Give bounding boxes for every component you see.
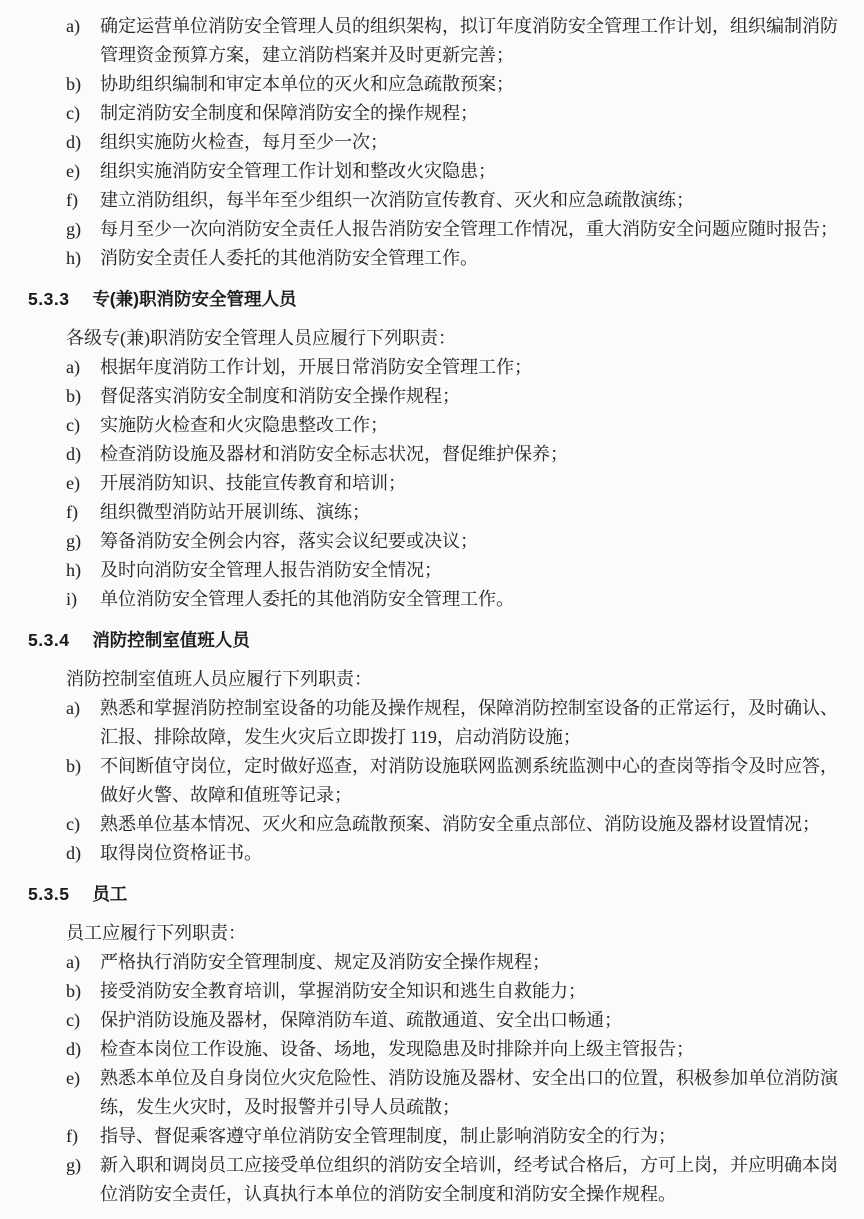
list-item: a) 严格执行消防安全管理制度、规定及消防安全操作规程；	[0, 948, 846, 977]
list-item: b) 接受消防安全教育培训，掌握消防安全知识和逃生自救能力；	[0, 977, 846, 1006]
list-item: f) 组织微型消防站开展训练、演练；	[0, 498, 846, 527]
clause-lead-paragraph: 消防控制室值班人员应履行下列职责：	[0, 665, 846, 694]
list-item: d) 取得岗位资格证书。	[0, 839, 846, 868]
list-item-marker: a)	[66, 948, 100, 977]
section-5-3-4: 5.3.4 消防控制室值班人员 消防控制室值班人员应履行下列职责： a) 熟悉和…	[0, 628, 846, 868]
list-item-text: 实施防火检查和火灾隐患整改工作；	[100, 411, 388, 440]
list-item: d) 检查本岗位工作设施、设备、场地，发现隐患及时排除并向上级主管报告；	[0, 1035, 846, 1064]
list-item: g) 每月至少一次向消防安全责任人报告消防安全管理工作情况，重大消防安全问题应随…	[0, 215, 846, 244]
list-item-text: 消防安全责任人委托的其他消防安全管理工作。	[100, 244, 478, 273]
list-item-text: 接受消防安全教育培训，掌握消防安全知识和逃生自救能力；	[100, 977, 586, 1006]
clause-title: 专(兼)职消防安全管理人员	[92, 289, 296, 309]
list-item: b) 督促落实消防安全制度和消防安全操作规程；	[0, 382, 846, 411]
list-item-marker: f)	[66, 1122, 100, 1151]
list-item-marker: a)	[66, 353, 100, 382]
list-item: c) 实施防火检查和火灾隐患整改工作；	[0, 411, 846, 440]
list-item-marker: e)	[66, 157, 100, 186]
list-item-text: 筹备消防安全例会内容，落实会议纪要或决议；	[100, 527, 478, 556]
list-item-text: 熟悉本单位及自身岗位火灾危险性、消防设施及器材、安全出口的位置，积极参加单位消防…	[100, 1064, 840, 1122]
list-item-text: 检查消防设施及器材和消防安全标志状况，督促维护保养；	[100, 440, 568, 469]
list-item: h) 消防安全责任人委托的其他消防安全管理工作。	[0, 244, 846, 273]
list-item: c) 熟悉单位基本情况、灭火和应急疏散预案、消防安全重点部位、消防设施及器材设置…	[0, 810, 846, 839]
list-item-marker: c)	[66, 810, 100, 839]
list-item-text: 组织实施消防安全管理工作计划和整改火灾隐患；	[100, 157, 496, 186]
duty-list: a) 根据年度消防工作计划，开展日常消防安全管理工作； b) 督促落实消防安全制…	[0, 353, 846, 614]
list-item: b) 不间断值守岗位，定时做好巡查，对消防设施联网监测系统监测中心的查岗等指令及…	[0, 752, 846, 810]
list-item-marker: d)	[66, 440, 100, 469]
list-item: e) 组织实施消防安全管理工作计划和整改火灾隐患；	[0, 157, 846, 186]
list-item-text: 取得岗位资格证书。	[100, 839, 262, 868]
list-item-text: 制定消防安全制度和保障消防安全的操作规程；	[100, 99, 478, 128]
clause-heading: 5.3.3 专(兼)职消防安全管理人员	[0, 287, 846, 312]
list-item-text: 检查本岗位工作设施、设备、场地，发现隐患及时排除并向上级主管报告；	[100, 1035, 694, 1064]
list-item-text: 协助组织编制和审定本单位的灭火和应急疏散预案；	[100, 70, 514, 99]
list-item: b) 协助组织编制和审定本单位的灭火和应急疏散预案；	[0, 70, 846, 99]
list-item: d) 组织实施防火检查，每月至少一次；	[0, 128, 846, 157]
list-item: c) 制定消防安全制度和保障消防安全的操作规程；	[0, 99, 846, 128]
list-item-marker: d)	[66, 839, 100, 868]
list-item: a) 确定运营单位消防安全管理人员的组织架构，拟订年度消防安全管理工作计划，组织…	[0, 12, 846, 70]
list-item: d) 检查消防设施及器材和消防安全标志状况，督促维护保养；	[0, 440, 846, 469]
list-item-marker: g)	[66, 1151, 100, 1209]
clause-title: 员工	[92, 884, 127, 904]
list-item-marker: c)	[66, 411, 100, 440]
list-item-text: 组织实施防火检查，每月至少一次；	[100, 128, 388, 157]
list-item-marker: b)	[66, 752, 100, 810]
list-item-marker: b)	[66, 977, 100, 1006]
list-item: g) 新入职和调岗员工应接受单位组织的消防安全培训，经考试合格后，方可上岗，并应…	[0, 1151, 846, 1209]
list-item-marker: d)	[66, 128, 100, 157]
list-item-text: 确定运营单位消防安全管理人员的组织架构，拟订年度消防安全管理工作计划，组织编制消…	[100, 12, 840, 70]
list-item-marker: c)	[66, 99, 100, 128]
list-item: a) 熟悉和掌握消防控制室设备的功能及操作规程，保障消防控制室设备的正常运行，及…	[0, 694, 846, 752]
list-item: f) 指导、督促乘客遵守单位消防安全管理制度，制止影响消防安全的行为；	[0, 1122, 846, 1151]
list-item-text: 每月至少一次向消防安全责任人报告消防安全管理工作情况，重大消防安全问题应随时报告…	[100, 215, 838, 244]
list-item: h) 及时向消防安全管理人报告消防安全情况；	[0, 556, 846, 585]
clause-lead-paragraph: 各级专(兼)职消防安全管理人员应履行下列职责：	[0, 324, 846, 353]
list-item-text: 不间断值守岗位，定时做好巡查，对消防设施联网监测系统监测中心的查岗等指令及时应答…	[100, 752, 840, 810]
list-item-text: 建立消防组织，每半年至少组织一次消防宣传教育、灭火和应急疏散演练；	[100, 186, 694, 215]
clause-heading: 5.3.5 员工	[0, 882, 846, 907]
list-item-marker: a)	[66, 12, 100, 70]
list-item-text: 及时向消防安全管理人报告消防安全情况；	[100, 556, 442, 585]
list-item: e) 熟悉本单位及自身岗位火灾危险性、消防设施及器材、安全出口的位置，积极参加单…	[0, 1064, 846, 1122]
section-5-3-5: 5.3.5 员工 员工应履行下列职责： a) 严格执行消防安全管理制度、规定及消…	[0, 882, 846, 1209]
list-item-marker: f)	[66, 186, 100, 215]
list-item-marker: g)	[66, 527, 100, 556]
list-item-text: 熟悉和掌握消防控制室设备的功能及操作规程，保障消防控制室设备的正常运行，及时确认…	[100, 694, 840, 752]
clause-number: 5.3.5	[28, 882, 69, 907]
list-item-marker: d)	[66, 1035, 100, 1064]
clause-number: 5.3.4	[28, 628, 69, 653]
duty-list: a) 严格执行消防安全管理制度、规定及消防安全操作规程； b) 接受消防安全教育…	[0, 948, 846, 1209]
list-item-text: 指导、督促乘客遵守单位消防安全管理制度，制止影响消防安全的行为；	[100, 1122, 676, 1151]
list-item-marker: e)	[66, 1064, 100, 1122]
list-item-text: 组织微型消防站开展训练、演练；	[100, 498, 370, 527]
list-item: i) 单位消防安全管理人委托的其他消防安全管理工作。	[0, 585, 846, 614]
list-item-marker: b)	[66, 382, 100, 411]
list-item: g) 筹备消防安全例会内容，落实会议纪要或决议；	[0, 527, 846, 556]
list-item: a) 根据年度消防工作计划，开展日常消防安全管理工作；	[0, 353, 846, 382]
list-item-text: 单位消防安全管理人委托的其他消防安全管理工作。	[100, 585, 514, 614]
clause-title: 消防控制室值班人员	[92, 630, 250, 650]
list-item-marker: b)	[66, 70, 100, 99]
list-item-text: 督促落实消防安全制度和消防安全操作规程；	[100, 382, 460, 411]
list-item: e) 开展消防知识、技能宣传教育和培训；	[0, 469, 846, 498]
duty-list: a) 熟悉和掌握消防控制室设备的功能及操作规程，保障消防控制室设备的正常运行，及…	[0, 694, 846, 868]
list-item: c) 保护消防设施及器材，保障消防车道、疏散通道、安全出口畅通；	[0, 1006, 846, 1035]
list-item-text: 严格执行消防安全管理制度、规定及消防安全操作规程；	[100, 948, 550, 977]
list-item-marker: g)	[66, 215, 100, 244]
clause-heading: 5.3.4 消防控制室值班人员	[0, 628, 846, 653]
continued-duty-list: a) 确定运营单位消防安全管理人员的组织架构，拟订年度消防安全管理工作计划，组织…	[0, 12, 846, 273]
list-item: f) 建立消防组织，每半年至少组织一次消防宣传教育、灭火和应急疏散演练；	[0, 186, 846, 215]
list-item-marker: f)	[66, 498, 100, 527]
section-5-3-3: 5.3.3 专(兼)职消防安全管理人员 各级专(兼)职消防安全管理人员应履行下列…	[0, 287, 846, 614]
list-item-marker: a)	[66, 694, 100, 752]
list-item-text: 根据年度消防工作计划，开展日常消防安全管理工作；	[100, 353, 532, 382]
list-item-marker: h)	[66, 244, 100, 273]
clause-lead-paragraph: 员工应履行下列职责：	[0, 919, 846, 948]
list-item-marker: i)	[66, 585, 100, 614]
list-item-marker: c)	[66, 1006, 100, 1035]
list-item-text: 保护消防设施及器材，保障消防车道、疏散通道、安全出口畅通；	[100, 1006, 622, 1035]
list-item-marker: e)	[66, 469, 100, 498]
clause-number: 5.3.3	[28, 287, 69, 312]
list-item-marker: h)	[66, 556, 100, 585]
list-item-text: 熟悉单位基本情况、灭火和应急疏散预案、消防安全重点部位、消防设施及器材设置情况；	[100, 810, 820, 839]
list-item-text: 开展消防知识、技能宣传教育和培训；	[100, 469, 406, 498]
document-page: a) 确定运营单位消防安全管理人员的组织架构，拟订年度消防安全管理工作计划，组织…	[0, 0, 864, 1219]
list-item-text: 新入职和调岗员工应接受单位组织的消防安全培训，经考试合格后，方可上岗，并应明确本…	[100, 1151, 840, 1209]
